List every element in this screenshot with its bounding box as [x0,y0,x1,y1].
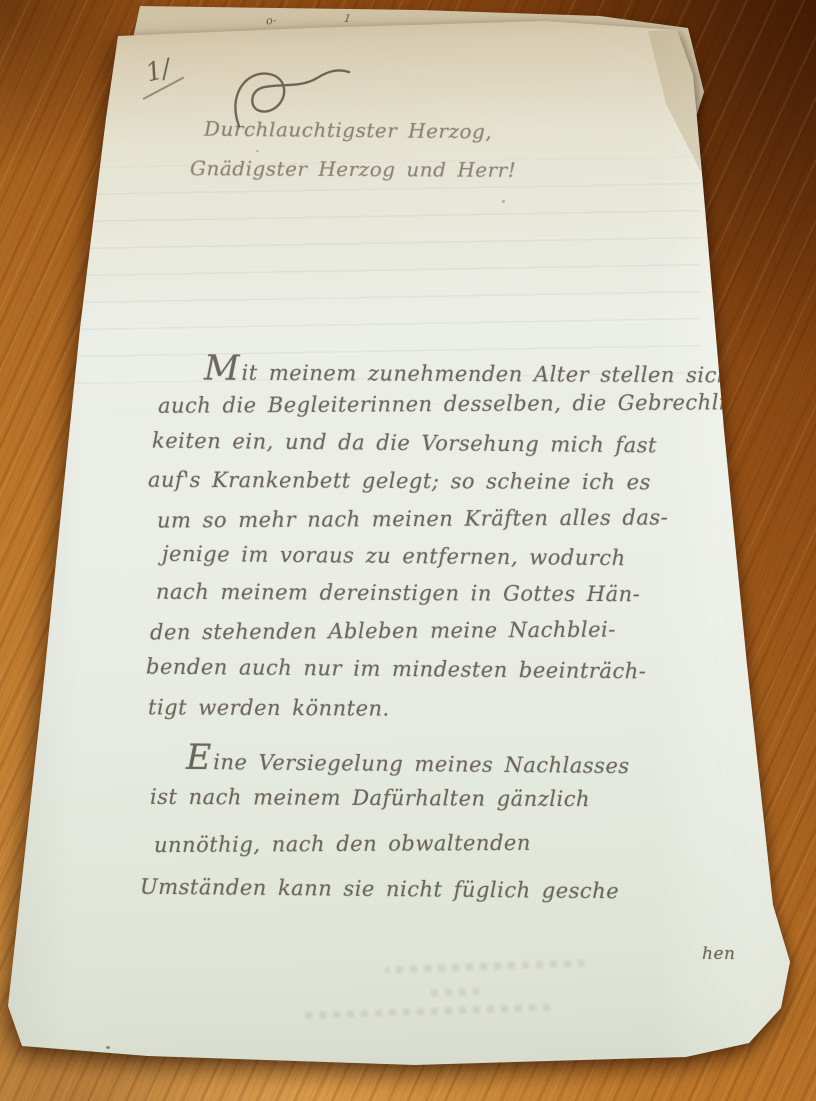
show-through-text-line [300,1004,550,1020]
body-line: auf's Krankenbett gelegt; so scheine ich… [148,468,651,495]
body-line: tigt werden könnten. [148,695,390,720]
body-line: ist nach meinem Dafürhalten gänzlich [150,785,590,811]
salutation-line-2: Gnädigster Herzog und Herr! [190,156,516,182]
body-line: auch die Begleiterinnen desselben, die G… [158,390,760,418]
salutation-line-1: Durchlauchtigster Herzog, [204,117,492,144]
dust-speck [106,1046,110,1049]
body-line: unnöthig, nach den obwaltenden [154,831,531,857]
body-line: den stehenden Ableben meine Nachblei- [150,618,616,645]
catchword: hen [702,944,736,964]
body-line: keiten ein, und da die Vorsehung mich fa… [152,429,657,458]
photo-of-handwritten-letter: o- 1 1/ Durchlauchtigster Herzog, Gnädig… [0,0,816,1101]
dust-speck [256,150,259,152]
page-number-mark: 1/ [143,53,174,87]
letter-sheet-wrap: 1/ Durchlauchtigster Herzog, Gnädigster … [0,0,816,1101]
body-line: Umständen kann sie nicht füglich gesche [140,875,619,904]
body-line: jenige im voraus zu entfernen, wodurch [162,542,626,570]
show-through-text-line [425,988,480,997]
letter-front-page: 1/ Durchlauchtigster Herzog, Gnädigster … [0,0,816,1101]
body-line: um so mehr nach meinen Kräften alles das… [157,505,668,532]
body-line: nach meinem dereinstigen in Gottes Hän- [156,580,640,607]
dust-speck [502,200,505,203]
show-through-text-line [385,960,585,974]
body-line: Mit meinem zunehmenden Alter stellen sic… [204,349,731,392]
body-line: Eine Versiegelung meines Nachlasses [186,738,630,782]
body-line: benden auch nur im mindesten beeinträch- [146,655,647,684]
